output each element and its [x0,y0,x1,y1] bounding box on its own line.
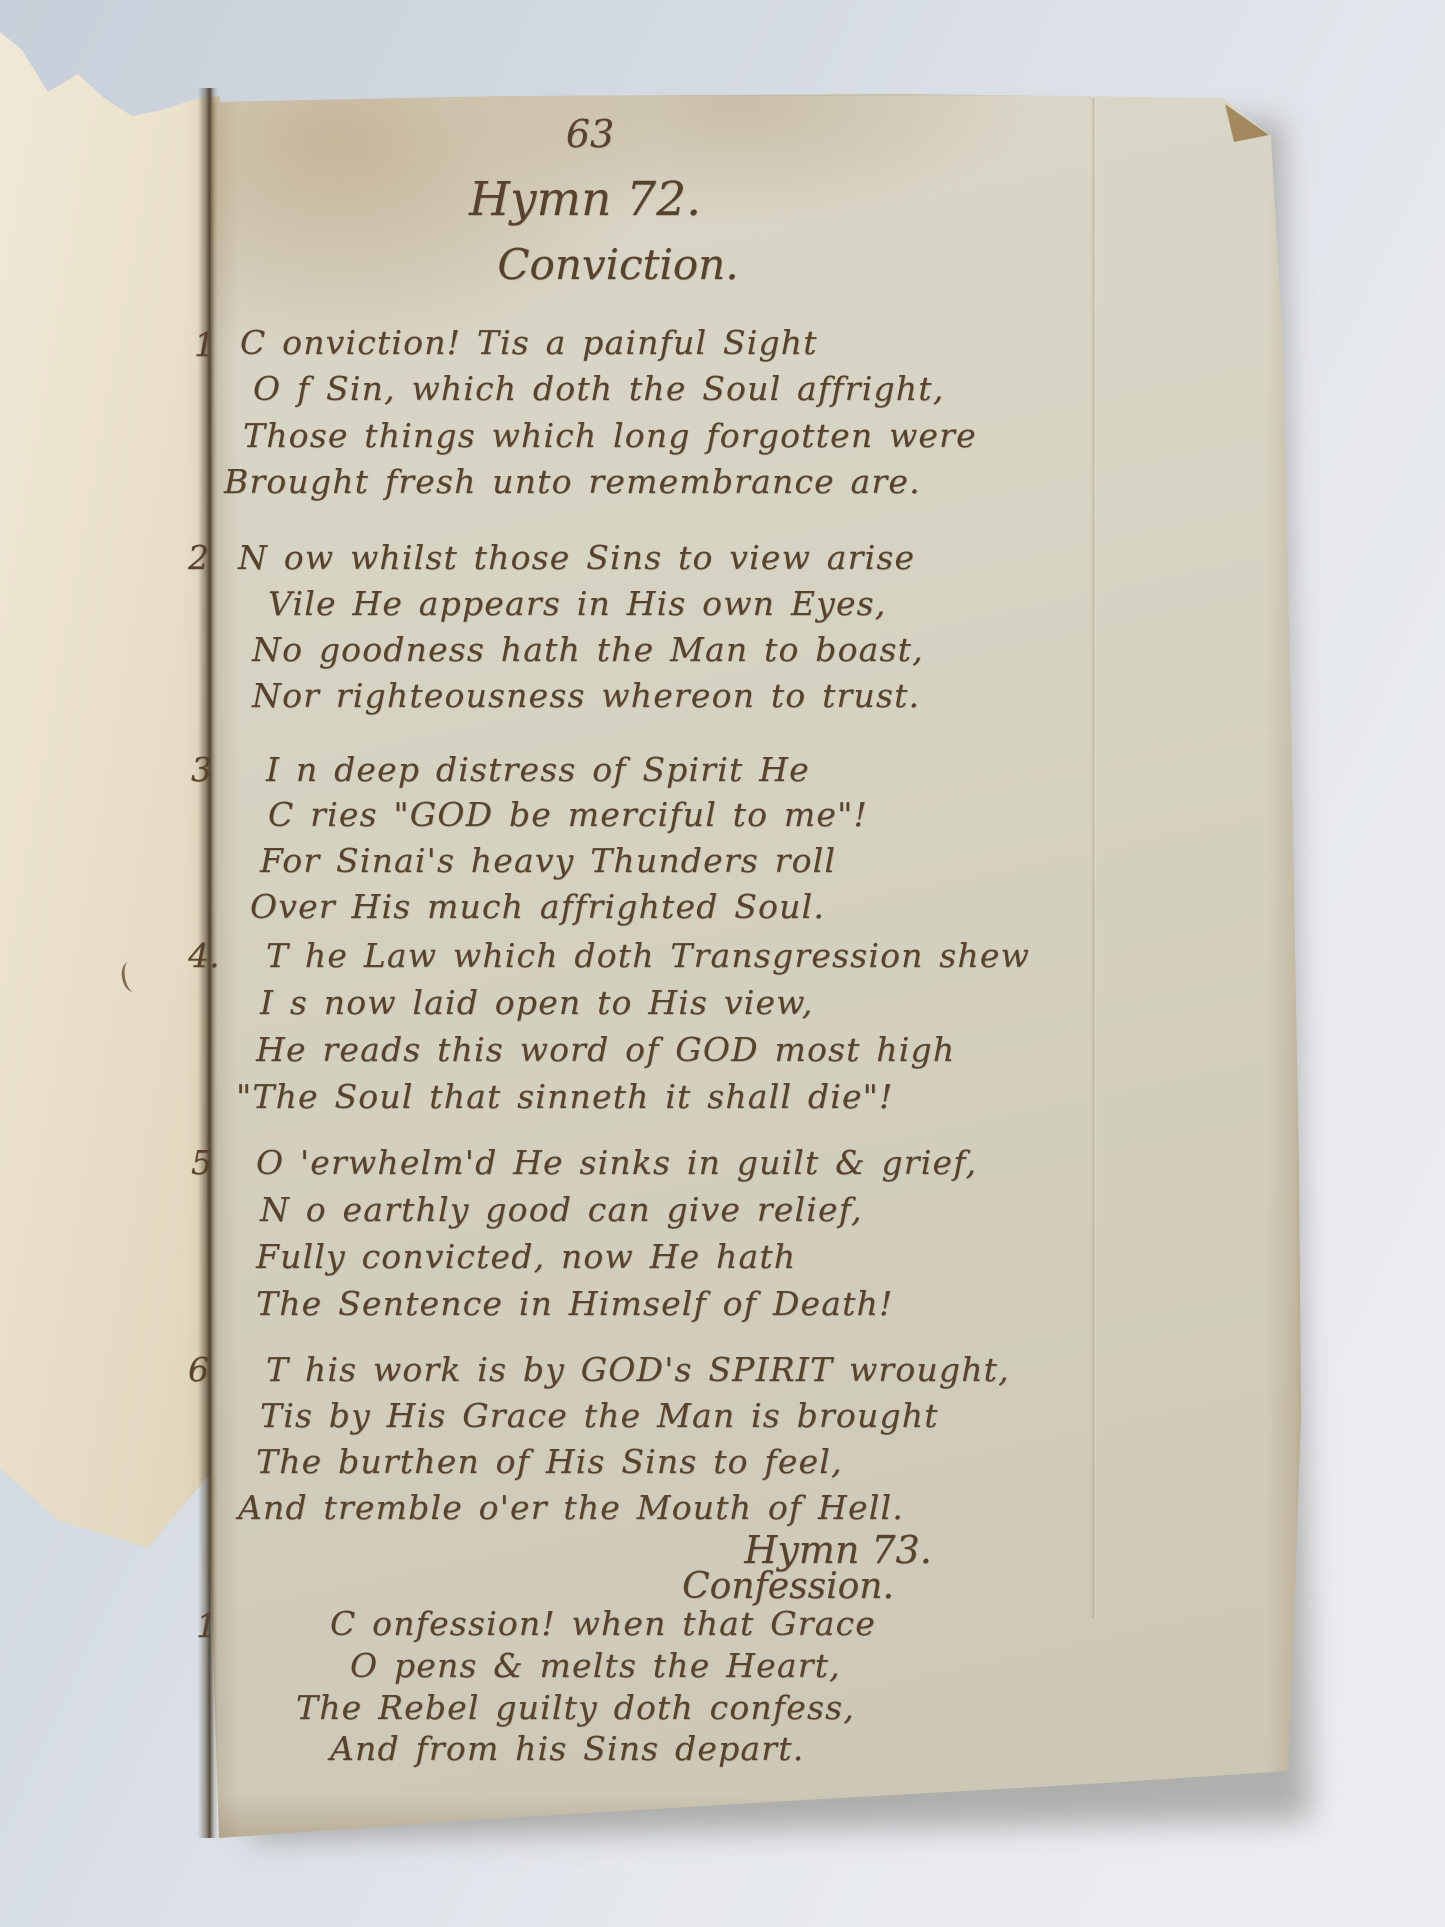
verse-line: Those things which long forgotten were [243,416,977,455]
verse-line: Brought fresh unto remembrance are. [224,462,921,501]
handwriting-layer: 63 Hymn 72. Conviction. 1 C onviction! T… [0,0,1445,1927]
verse-line: C ries "GOD be merciful to me"! [268,795,868,834]
verse-number: 3 [191,750,212,789]
verse-line: For Sinai's heavy Thunders roll [260,841,836,880]
verse-line: The burthen of His Sins to feel, [256,1442,843,1481]
verse-line: He reads this word of GOD most high [256,1030,955,1069]
verse-line: N o earthly good can give relief, [260,1190,863,1229]
verse-line: "The Soul that sinneth it shall die"! [236,1077,894,1116]
verse-line: Over His much affrighted Soul. [250,887,825,926]
verse-number: 2 [188,538,209,577]
verse-line: C onviction! Tis a painful Sight [240,323,818,362]
verse-line: And tremble o'er the Mouth of Hell. [238,1488,904,1527]
verse-line: I n deep distress of Spirit He [266,750,810,789]
verse-number: 6 [188,1350,209,1389]
verse-line: No goodness hath the Man to boast, [252,630,924,669]
verse-line: And from his Sins depart. [330,1729,804,1768]
verse-line: T his work is by GOD's SPIRIT wrought, [266,1350,1010,1389]
hymn72-heading: Hymn 72. [469,172,701,227]
hymn72-title: Conviction. [497,240,738,289]
verse-number: 4. [188,936,220,975]
verse-number: 1 [196,1606,217,1645]
verse-line: O 'erwhelm'd He sinks in guilt & grief, [256,1143,977,1182]
photo-background: 63 Hymn 72. Conviction. 1 C onviction! T… [0,0,1445,1927]
verse-line: O f Sin, which doth the Soul affright, [253,369,944,408]
verse-line: I s now laid open to His view, [260,983,813,1022]
verse-line: Vile He appears in His own Eyes, [268,584,887,623]
page-number: 63 [566,112,614,156]
hymn73-title: Confession. [682,1566,894,1607]
verse-line: O pens & melts the Heart, [350,1646,841,1685]
verse-line: Tis by His Grace the Man is brought [260,1396,939,1435]
verse-line: C onfession! when that Grace [330,1604,876,1643]
verse-number: 1 [194,325,215,364]
verse-line: Fully convicted, now He hath [256,1237,796,1276]
verse-line: T he Law which doth Transgression shew [266,936,1030,975]
verse-line: Nor righteousness whereon to trust. [252,676,920,715]
verse-number: 5 [191,1143,212,1182]
verse-line: The Sentence in Himself of Death! [256,1284,893,1323]
verse-line: The Rebel guilty doth confess, [296,1688,855,1727]
verse-line: N ow whilst those Sins to view arise [238,538,915,577]
